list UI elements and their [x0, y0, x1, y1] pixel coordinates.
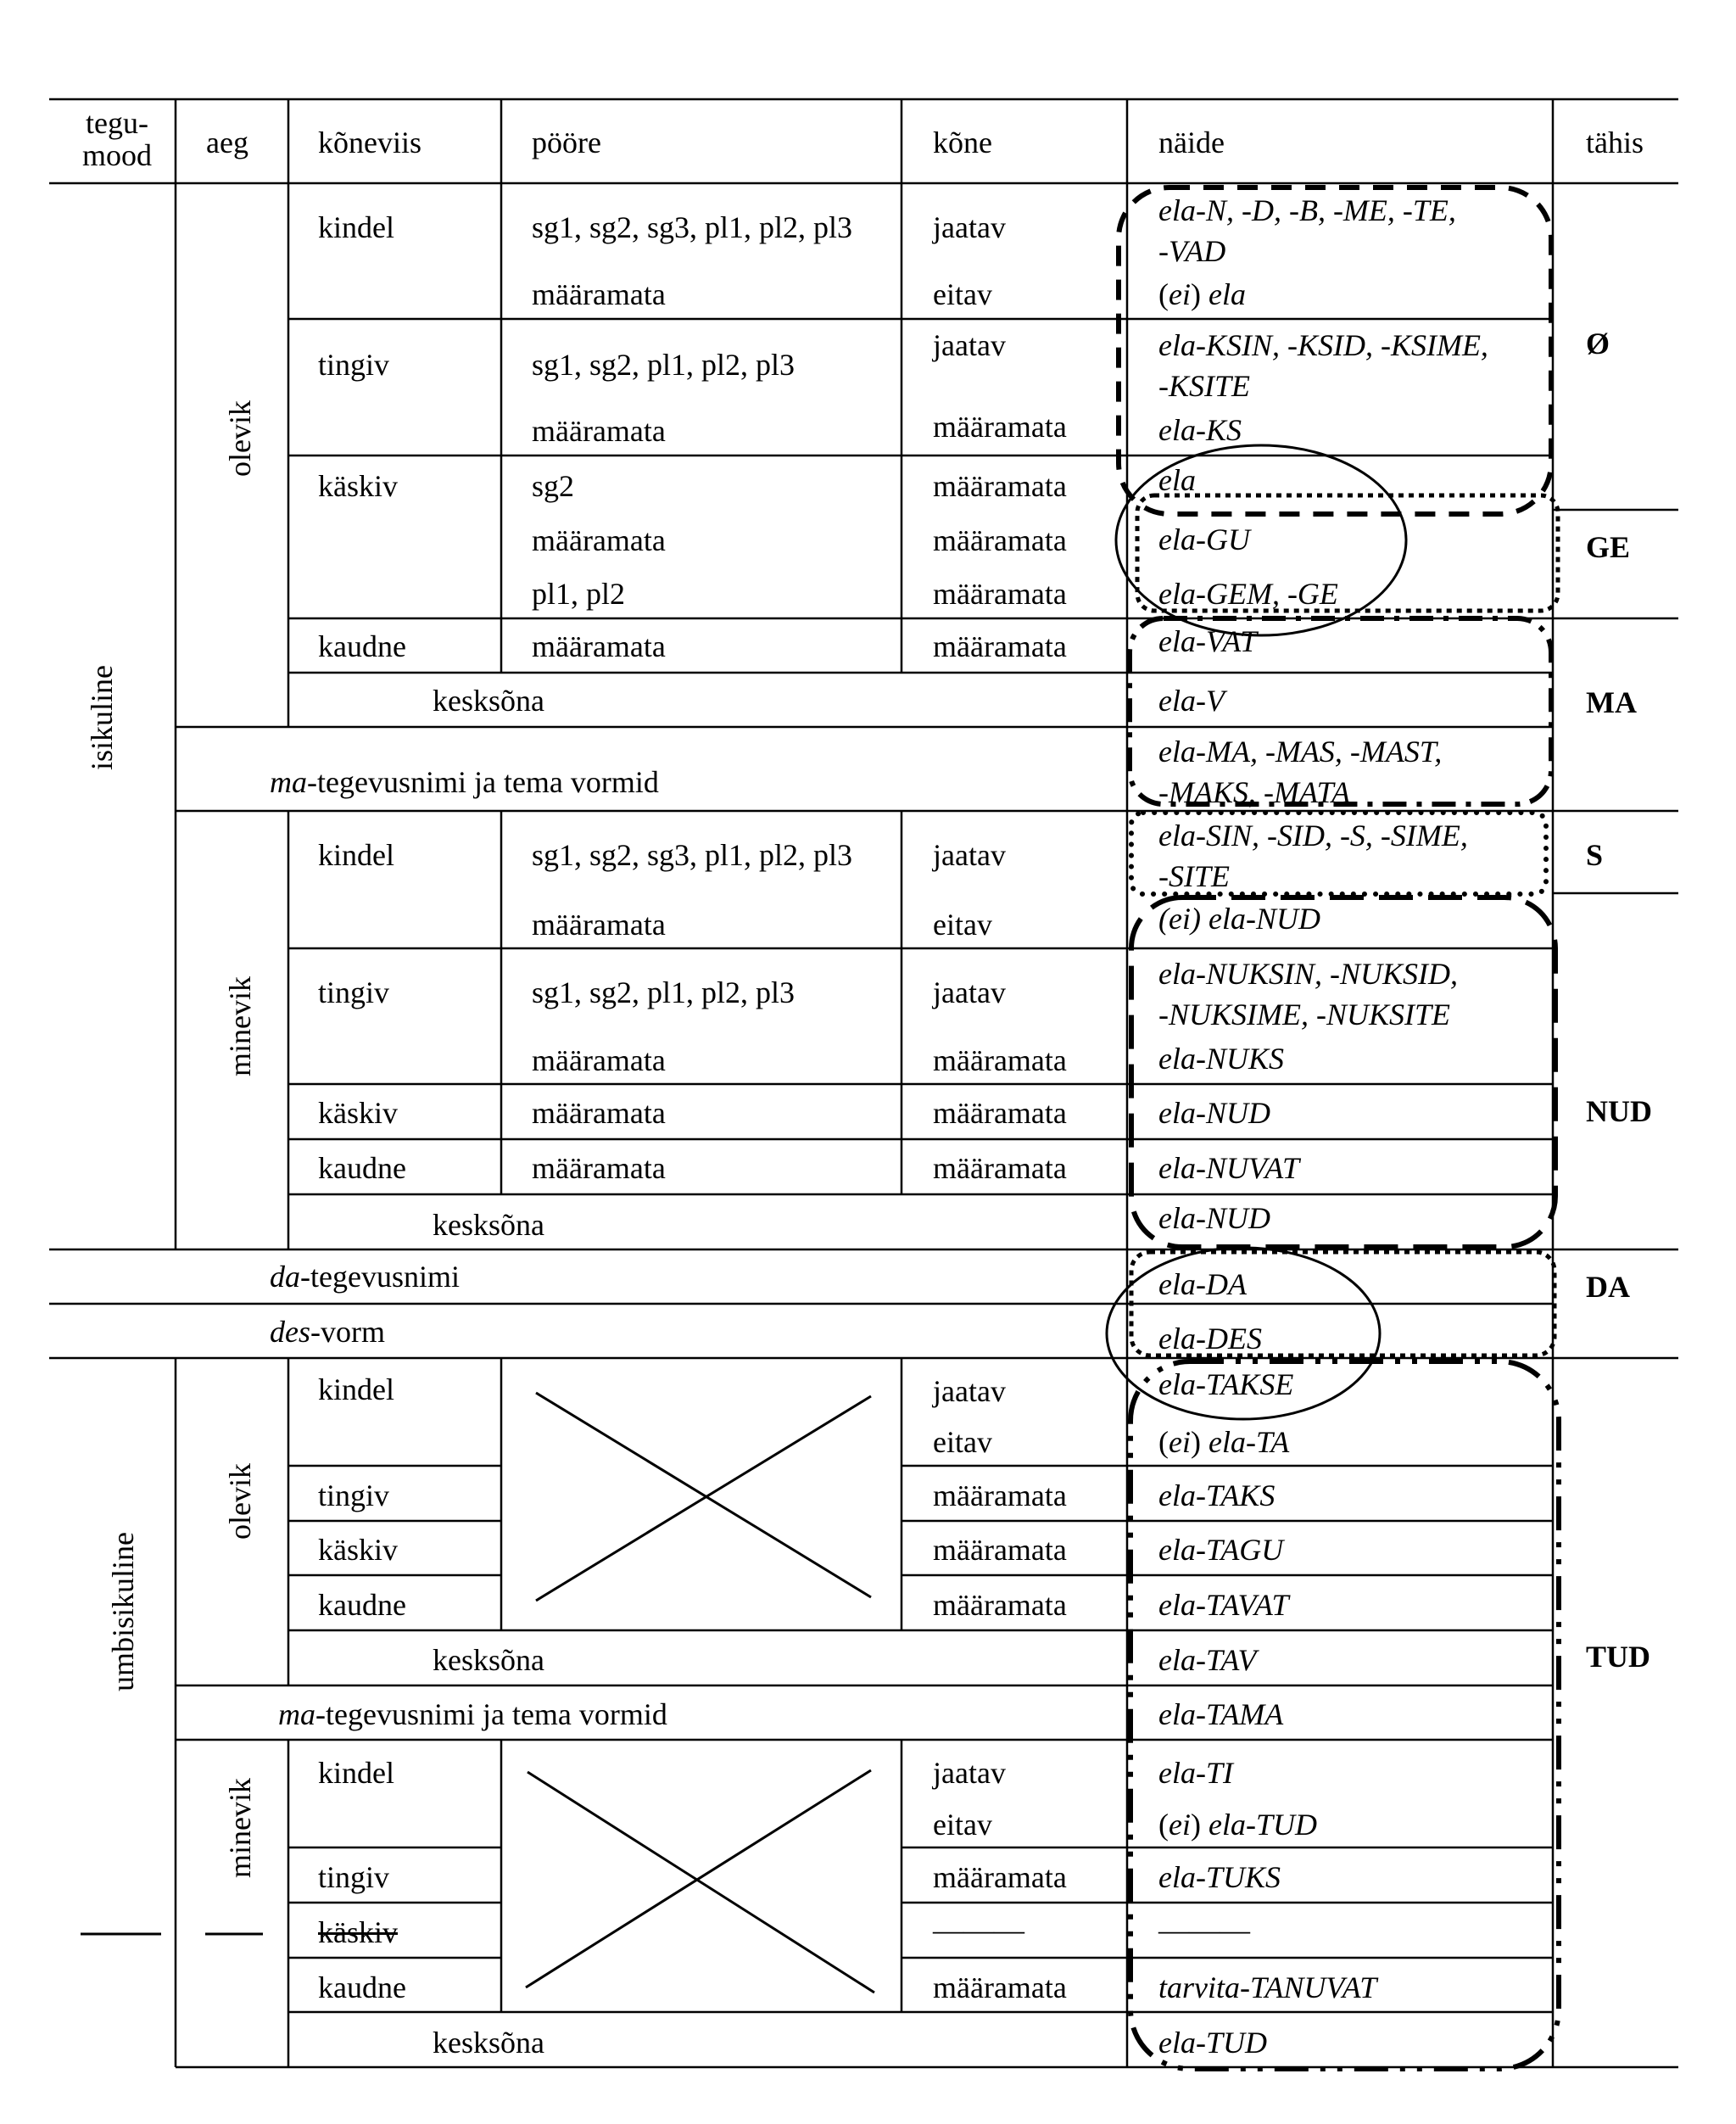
kone-cell: määramata — [933, 1043, 1067, 1077]
naide-cell: ela-GEM, -GE — [1158, 577, 1338, 611]
koneviis-kindel: kindel — [318, 1372, 394, 1406]
koneviis-kaudne: kaudne — [318, 1588, 406, 1622]
poore-cell: sg1, sg2, sg3, pl1, pl2, pl3 — [532, 210, 852, 244]
kone-cell: määramata — [933, 1588, 1067, 1622]
not-applicable-cross — [526, 1393, 874, 1993]
naide-cell: ela-SIN, -SID, -S, -SIME, -SITE — [1158, 815, 1468, 897]
koneviis-kaudne: kaudne — [318, 1970, 406, 2004]
naide-line: ela-KSIN, -KSID, -KSIME, — [1158, 325, 1488, 366]
koneviis-kaskiv: käskiv — [318, 1096, 398, 1130]
header-koneviis: kõneviis — [318, 126, 421, 159]
naide-line: ela-NUKSIN, -NUKSID, — [1158, 953, 1458, 994]
kone-cell: jaatav — [933, 1756, 1006, 1790]
kone-cell: eitav — [933, 1808, 992, 1842]
naide-cell: (ei) ela-TA — [1158, 1425, 1289, 1459]
koneviis-tingiv: tingiv — [318, 1478, 389, 1512]
table-grid — [0, 0, 1736, 2124]
naide-cell: ela-KS — [1158, 413, 1242, 447]
koneviis-kaudne: kaudne — [318, 629, 406, 663]
naide-cell: ela-KSIN, -KSID, -KSIME, -KSITE — [1158, 325, 1488, 406]
kone-cell: määramata — [933, 1478, 1067, 1512]
naide-line: -VAD — [1158, 231, 1456, 271]
naide-cell: ela-DES — [1158, 1322, 1262, 1355]
kone-cell: eitav — [933, 908, 992, 942]
poore-cell: määramata — [532, 1096, 666, 1130]
kone-cell: jaatav — [933, 838, 1006, 872]
naide-line: ela-N, -D, -B, -ME, -TE, — [1158, 190, 1456, 231]
poore-cell: sg2 — [532, 469, 574, 503]
naide-cell: ela-NUKSIN, -NUKSID, -NUKSIME, -NUKSITE — [1158, 953, 1458, 1035]
header-tegumood-line2: mood — [75, 139, 159, 171]
koneviis-kindel: kindel — [318, 838, 394, 872]
label-umbisikuline: umbisikuline — [106, 1532, 140, 1691]
naide-line: -KSITE — [1158, 366, 1488, 406]
naide-cell: ela-V — [1158, 684, 1225, 718]
label-des-vorm: des-vorm — [270, 1315, 385, 1349]
koneviis-tingiv: tingiv — [318, 975, 389, 1009]
tahis-nud: NUD — [1586, 1094, 1652, 1128]
naide-line: -MAKS, -MATA — [1158, 772, 1442, 813]
naide-cell: ela-NUD — [1158, 1096, 1270, 1130]
naide-line: ela-MA, -MAS, -MAST, — [1158, 731, 1442, 772]
naide-cell: ela-TAKSE — [1158, 1367, 1293, 1401]
tahis-tud: TUD — [1586, 1640, 1650, 1674]
tahis-da: DA — [1586, 1270, 1630, 1304]
naide-cell: (ei) ela-NUD — [1158, 902, 1320, 936]
tahis-ge: GE — [1586, 530, 1630, 564]
naide-line: -SITE — [1158, 856, 1468, 897]
da-prefix: da — [270, 1260, 300, 1294]
label-ma-tegevusnimi: ma-tegevusnimi ja tema vormid — [278, 1697, 667, 1731]
naide-cell: ela-NUVAT — [1158, 1151, 1299, 1185]
naide-cell: ela-TAMA — [1158, 1697, 1283, 1731]
poore-cell: määramata — [532, 523, 666, 557]
kone-cell: määramata — [933, 1151, 1067, 1185]
poore-cell: sg1, sg2, sg3, pl1, pl2, pl3 — [532, 838, 852, 872]
kone-cell: jaatav — [933, 328, 1006, 362]
ma-rest: -tegevusnimi ja tema vormid — [315, 1697, 667, 1731]
kone-cell: määramata — [933, 577, 1067, 611]
naide-cell: (ei) ela — [1158, 277, 1246, 311]
label-isikuline-olevik: olevik — [223, 400, 257, 477]
koneviis-kindel: kindel — [318, 210, 394, 244]
naide-cell: ela-NUKS — [1158, 1042, 1284, 1076]
naide-line: -NUKSIME, -NUKSITE — [1158, 994, 1458, 1035]
naide-cell: ela-DA — [1158, 1267, 1247, 1301]
kone-cell: määramata — [933, 469, 1067, 503]
des-rest: -vorm — [310, 1315, 385, 1349]
da-rest: -tegevusnimi — [300, 1260, 460, 1294]
kone-cell: määramata — [933, 629, 1067, 663]
poore-cell: sg1, sg2, pl1, pl2, pl3 — [532, 975, 795, 1009]
header-tegumood-line1: tegu- — [75, 107, 159, 139]
kone-cell: määramata — [933, 1860, 1067, 1894]
kone-cell: määramata — [933, 1096, 1067, 1130]
naide-cell-empty: ——— — [1158, 1913, 1250, 1947]
tahis-zero: Ø — [1586, 327, 1610, 361]
naide-cell: ela-TAGU — [1158, 1533, 1283, 1567]
kone-cell: määramata — [933, 1970, 1067, 2004]
naide-cell: ela — [1158, 463, 1196, 497]
poore-cell: määramata — [532, 908, 666, 942]
poore-cell: määramata — [532, 1043, 666, 1077]
des-prefix: des — [270, 1315, 310, 1349]
kone-cell: jaatav — [933, 210, 1006, 244]
naide-line: ela-SIN, -SID, -S, -SIME, — [1158, 815, 1468, 856]
naide-cell: ela-TAV — [1158, 1643, 1257, 1677]
header-naide: näide — [1158, 126, 1225, 159]
header-aeg: aeg — [206, 126, 248, 159]
header-kone: kõne — [933, 126, 992, 159]
poore-cell: määramata — [532, 414, 666, 448]
tahis-s: S — [1586, 838, 1603, 872]
label-isikuline-minevik: minevik — [223, 976, 257, 1076]
paren: ) — [1191, 277, 1209, 311]
kone-cell: eitav — [933, 277, 992, 311]
kone-cell: määramata — [933, 523, 1067, 557]
naide-cell: ela-VAT — [1158, 624, 1257, 658]
label-kesksona: kesksõna — [433, 2026, 544, 2060]
ma-prefix: ma — [270, 765, 307, 799]
kone-cell: jaatav — [933, 1374, 1006, 1408]
ma-rest: -tegevusnimi ja tema vormid — [307, 765, 659, 799]
koneviis-kaudne: kaudne — [318, 1151, 406, 1185]
label-kesksona: kesksõna — [433, 1208, 544, 1242]
koneviis-kaskiv-struck: käskiv — [318, 1915, 398, 1949]
label-da-tegevusnimi: da-tegevusnimi — [270, 1260, 460, 1294]
kone-cell: määramata — [933, 1533, 1067, 1567]
label-umbisikuline-minevik: minevik — [223, 1778, 257, 1878]
kone-cell: eitav — [933, 1425, 992, 1459]
label-kesksona: kesksõna — [433, 684, 544, 718]
ei-word: ei — [1169, 277, 1191, 311]
naide-cell: ela-MA, -MAS, -MAST, -MAKS, -MATA — [1158, 731, 1442, 813]
label-isikuline: isikuline — [85, 665, 119, 770]
naide-cell: ela-TI — [1158, 1756, 1233, 1790]
poore-cell: määramata — [532, 629, 666, 663]
naide-cell: ela-TAVAT — [1158, 1588, 1289, 1622]
header-poore: pööre — [532, 126, 601, 159]
poore-cell: määramata — [532, 1151, 666, 1185]
koneviis-kaskiv: käskiv — [318, 1533, 398, 1567]
kone-cell: määramata — [933, 410, 1067, 444]
label-ma-tegevusnimi: ma-tegevusnimi ja tema vormid — [270, 765, 659, 799]
label-umbisikuline-olevik: olevik — [223, 1463, 257, 1540]
poore-cell: määramata — [532, 277, 666, 311]
koneviis-tingiv: tingiv — [318, 1860, 389, 1894]
naide-cell: ela-TAKS — [1158, 1478, 1275, 1512]
header-tahis: tähis — [1586, 126, 1644, 159]
naide-cell: ela-N, -D, -B, -ME, -TE, -VAD — [1158, 190, 1456, 271]
header-tegumood: tegu- mood — [75, 107, 159, 171]
naide-cell: ela-NUD — [1158, 1201, 1270, 1235]
naide-cell: ela-GU — [1158, 523, 1250, 556]
naide-word: ela — [1209, 277, 1246, 311]
poore-cell: pl1, pl2 — [532, 577, 625, 611]
paren: ( — [1158, 277, 1169, 311]
label-kesksona: kesksõna — [433, 1643, 544, 1677]
poore-cell: sg1, sg2, pl1, pl2, pl3 — [532, 348, 795, 382]
kone-cell: jaatav — [933, 975, 1006, 1009]
kone-cell-empty: ——— — [933, 1913, 1024, 1947]
koneviis-tingiv: tingiv — [318, 348, 389, 382]
naide-cell: tarvita-TANUVAT — [1158, 1970, 1376, 2004]
ma-prefix: ma — [278, 1697, 315, 1731]
naide-cell: (ei) ela-TUD — [1158, 1808, 1317, 1842]
koneviis-kaskiv: käskiv — [318, 469, 398, 503]
naide-cell: ela-TUKS — [1158, 1860, 1281, 1894]
koneviis-kindel: kindel — [318, 1756, 394, 1790]
tahis-ma: MA — [1586, 685, 1637, 719]
naide-cell: ela-TUD — [1158, 2026, 1267, 2060]
